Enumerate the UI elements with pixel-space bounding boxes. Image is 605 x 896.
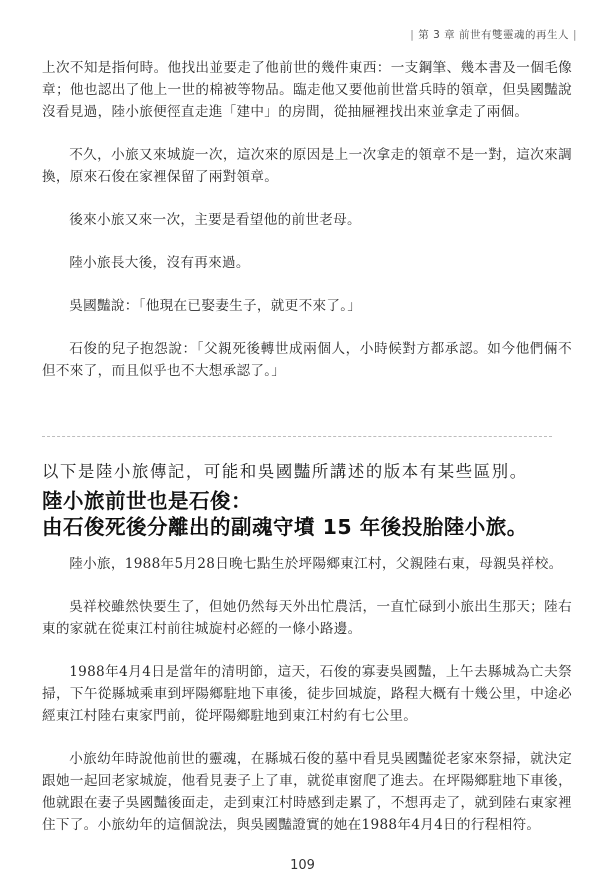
chapter-title: 第 3 章 前世有雙靈魂的再生人 [418, 29, 569, 41]
paragraph: 1988年4月4日是當年的清明節，這天，石俊的寡妻吳國豔，上午去縣城為亡夫祭掃，… [42, 661, 572, 727]
paragraph-continued: 上次不知是指何時。他找出並要走了他前世的幾件東西：一支鋼筆、幾本書及一個毛像章；… [42, 57, 572, 123]
body-text-part1: 上次不知是指何時。他找出並要走了他前世的幾件東西：一支鋼筆、幾本書及一個毛像章；… [42, 57, 572, 382]
paragraph: 石俊的兒子抱怨說：「父親死後轉世成兩個人，小時候對方都承認。如今他們倆不但不來了… [42, 338, 572, 382]
paragraph: 小旅幼年時說他前世的靈魂，在縣城石俊的墓中看見吳國豔從老家來祭掃，就決定跟她一起… [42, 748, 572, 836]
paragraph: 吳祥校雖然快要生了，但她仍然每天外出忙農活，一直忙碌到小旅出生那天；陸右東的家就… [42, 596, 572, 640]
paragraph: 陸小旅，1988年5月28日晚七點生於坪陽鄉東江村，父親陸右東，母親吳祥校。 [42, 553, 572, 575]
paragraph: 陸小旅長大後，沒有再來過。 [42, 252, 572, 274]
header-divider-right: | [569, 29, 581, 41]
paragraph: 吳國豔說：「他現在已娶妻生子，就更不來了。」 [42, 295, 572, 317]
running-header: |第 3 章 前世有雙靈魂的再生人| [406, 27, 581, 42]
paragraph: 後來小旅又來一次，主要是看望他的前世老母。 [42, 209, 572, 231]
page-number: 109 [0, 858, 605, 873]
body-text-part2: 陸小旅，1988年5月28日晚七點生於坪陽鄉東江村，父親陸右東，母親吳祥校。 吳… [42, 553, 572, 836]
header-divider-left: | [406, 29, 418, 41]
section-divider [42, 436, 552, 437]
section-heading-line2: 由石俊死後分離出的副魂守墳 15 年後投胎陸小旅。 [42, 510, 528, 540]
paragraph: 不久，小旅又來城旋一次，這次來的原因是上一次拿走的領章不是一對，這次來調換，原來… [42, 144, 572, 188]
section-intro: 以下是陸小旅傳記，可能和吳國豔所講述的版本有某些區別。 [42, 458, 528, 482]
